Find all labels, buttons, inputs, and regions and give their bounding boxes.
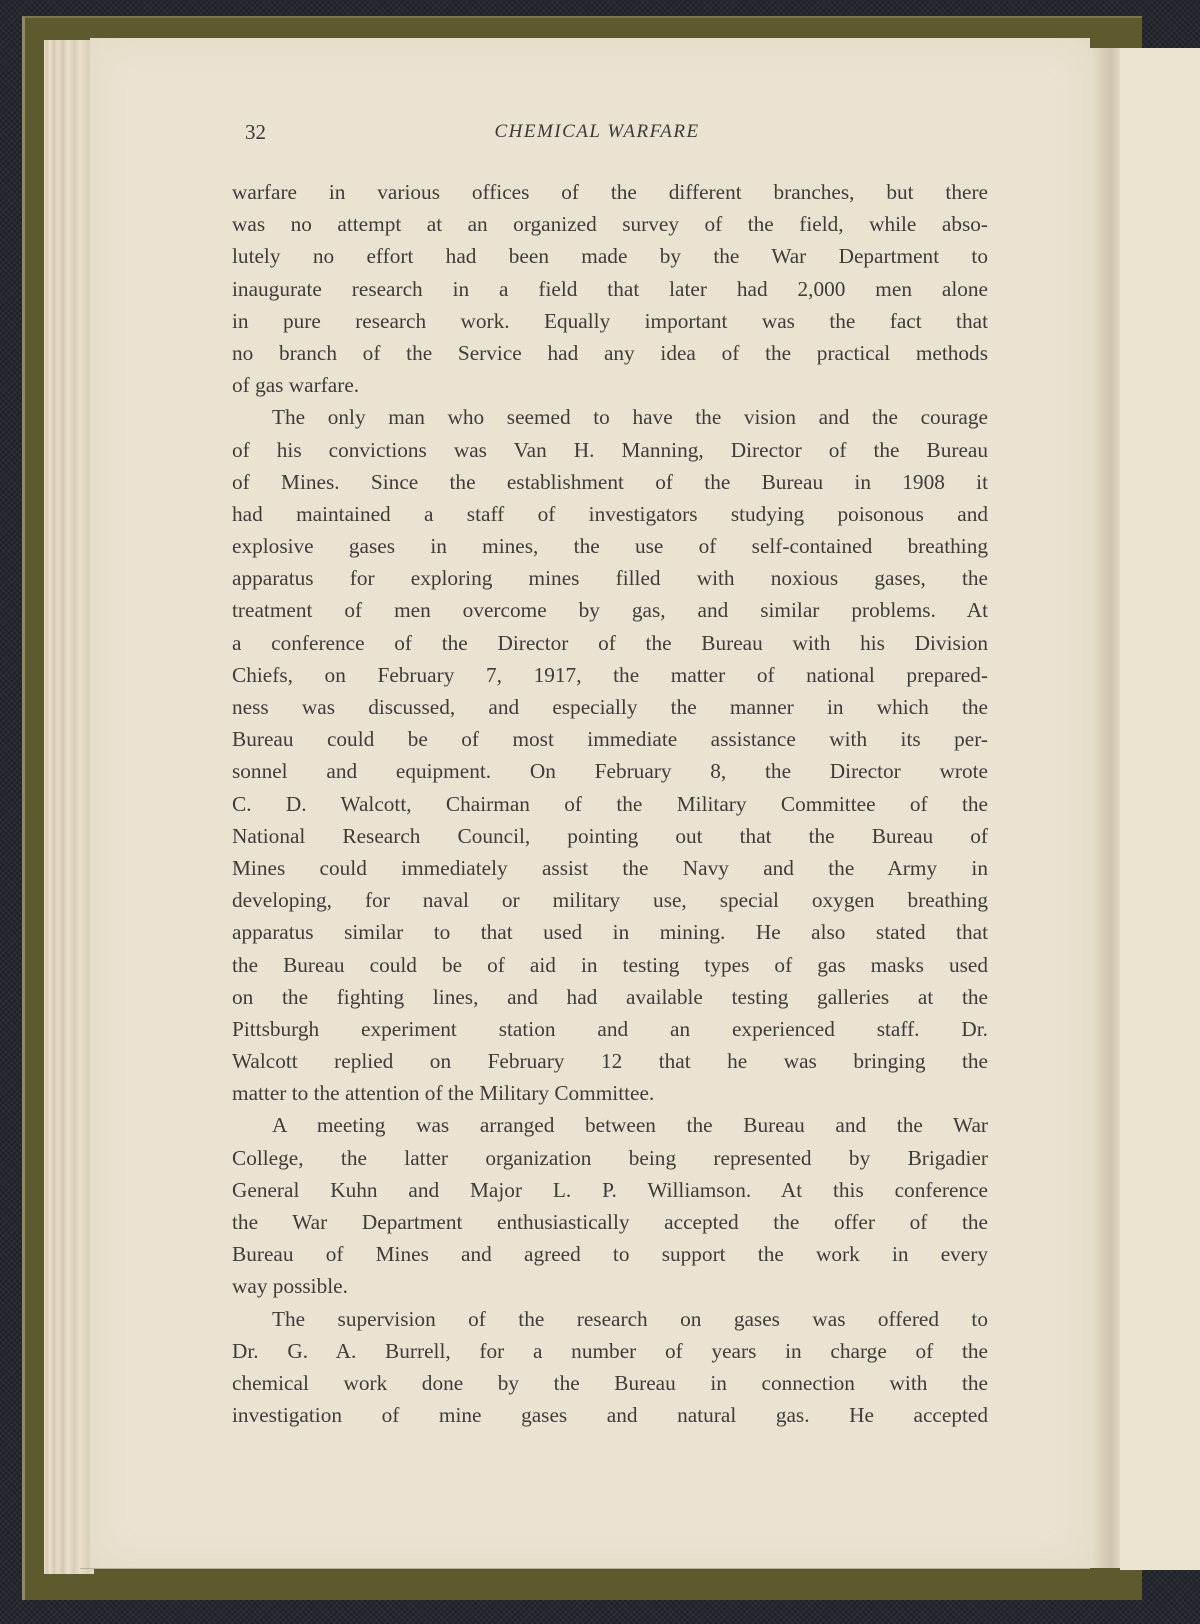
text-line: no branch of the Service had any idea of… xyxy=(232,337,988,369)
page-fore-edge xyxy=(1090,48,1120,1568)
text-line: of his convictions was Van H. Manning, D… xyxy=(232,434,988,466)
text-line: sonnel and equipment. On February 8, the… xyxy=(232,755,988,787)
text-line: The supervision of the research on gases… xyxy=(232,1303,988,1335)
text-line: way possible. xyxy=(232,1270,988,1302)
running-header: 32 CHEMICAL WARFARE xyxy=(245,120,985,150)
text-line: the War Department enthusiastically acce… xyxy=(232,1206,988,1238)
text-line: investigation of mine gases and natural … xyxy=(232,1399,988,1431)
text-line: National Research Council, pointing out … xyxy=(232,820,988,852)
text-line: matter to the attention of the Military … xyxy=(232,1077,988,1109)
text-line: Pittsburgh experiment station and an exp… xyxy=(232,1013,988,1045)
text-line: C. D. Walcott, Chairman of the Military … xyxy=(232,788,988,820)
text-line: had maintained a staff of investigators … xyxy=(232,498,988,530)
paragraph: The only man who seemed to have the visi… xyxy=(232,401,988,1109)
text-line: apparatus similar to that used in mining… xyxy=(232,916,988,948)
text-line: treatment of men overcome by gas, and si… xyxy=(232,594,988,626)
text-line: The only man who seemed to have the visi… xyxy=(232,401,988,433)
text-line: of gas warfare. xyxy=(232,369,988,401)
text-line: apparatus for exploring mines filled wit… xyxy=(232,562,988,594)
text-line: chemical work done by the Bureau in conn… xyxy=(232,1367,988,1399)
text-line: a conference of the Director of the Bure… xyxy=(232,627,988,659)
text-line: of Mines. Since the establishment of the… xyxy=(232,466,988,498)
text-line: College, the latter organization being r… xyxy=(232,1142,988,1174)
text-line: ness was discussed, and especially the m… xyxy=(232,691,988,723)
text-line: Bureau of Mines and agreed to support th… xyxy=(232,1238,988,1270)
paragraph: warfare in various offices of the differ… xyxy=(232,176,988,401)
paragraph: A meeting was arranged between the Burea… xyxy=(232,1109,988,1302)
text-line: inaugurate research in a field that late… xyxy=(232,273,988,305)
text-line: was no attempt at an organized survey of… xyxy=(232,208,988,240)
text-line: on the fighting lines, and had available… xyxy=(232,981,988,1013)
text-line: explosive gases in mines, the use of sel… xyxy=(232,530,988,562)
text-line: in pure research work. Equally important… xyxy=(232,305,988,337)
text-line: warfare in various offices of the differ… xyxy=(232,176,988,208)
text-line: the Bureau could be of aid in testing ty… xyxy=(232,949,988,981)
text-line: developing, for naval or military use, s… xyxy=(232,884,988,916)
body-text: warfare in various offices of the differ… xyxy=(232,176,988,1431)
text-line: General Kuhn and Major L. P. Williamson.… xyxy=(232,1174,988,1206)
text-line: Mines could immediately assist the Navy … xyxy=(232,852,988,884)
page-bottom-edge xyxy=(80,1568,1090,1569)
text-line: A meeting was arranged between the Burea… xyxy=(232,1109,988,1141)
page-stack-edges xyxy=(44,40,94,1574)
book-scan: 32 CHEMICAL WARFARE warfare in various o… xyxy=(0,0,1200,1624)
paragraph: The supervision of the research on gases… xyxy=(232,1303,988,1432)
running-title: CHEMICAL WARFARE xyxy=(245,121,985,143)
text-line: Walcott replied on February 12 that he w… xyxy=(232,1045,988,1077)
text-line: lutely no effort had been made by the Wa… xyxy=(232,240,988,272)
text-line: Bureau could be of most immediate assist… xyxy=(232,723,988,755)
adjacent-page-edge xyxy=(1120,48,1200,1570)
text-line: Chiefs, on February 7, 1917, the matter … xyxy=(232,659,988,691)
text-line: Dr. G. A. Burrell, for a number of years… xyxy=(232,1335,988,1367)
